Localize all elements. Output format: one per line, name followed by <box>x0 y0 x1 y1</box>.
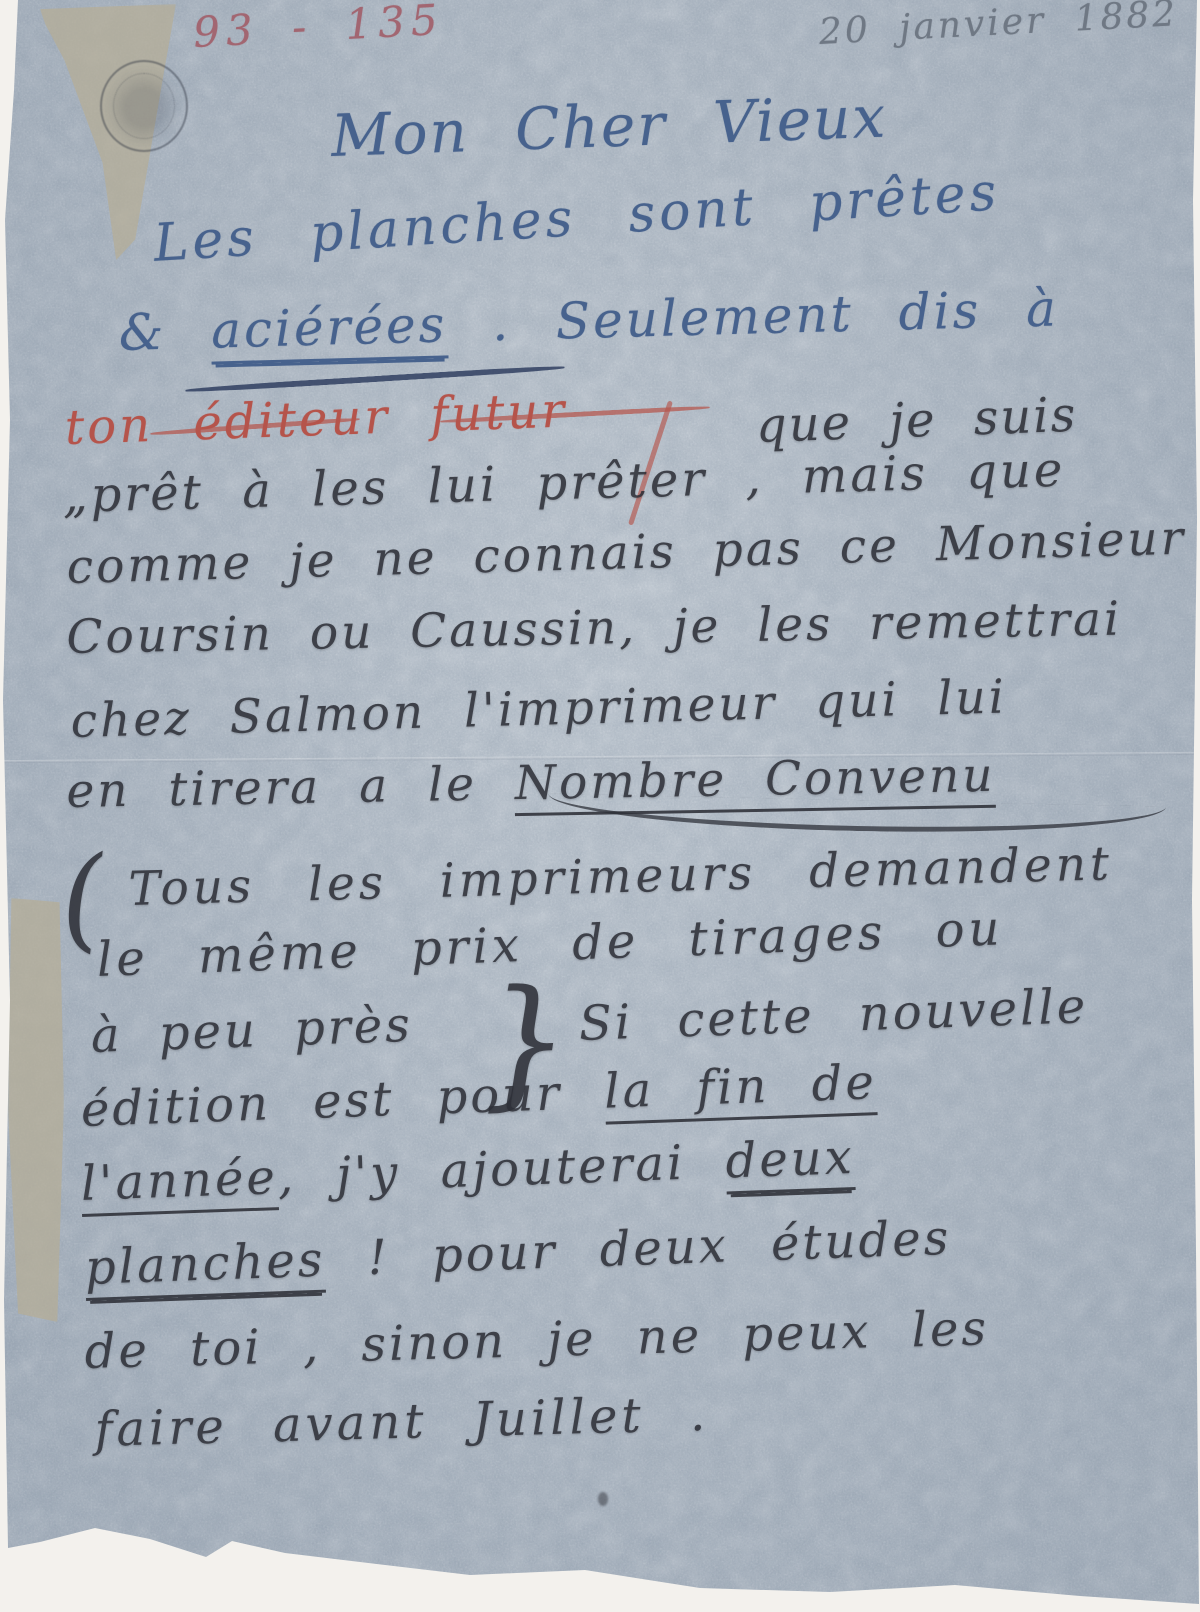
line-14-underlined-1: l'année <box>80 1149 279 1217</box>
line-15-underlined: planches <box>84 1232 326 1301</box>
line-13-underlined-phrase: la fin de <box>603 1054 878 1124</box>
tape-residue-left-edge <box>8 898 64 1322</box>
scanned-letter-page: 93 - 135 20 janvier 1882 Mon Cher Vieux … <box>0 0 1200 1612</box>
line-3-prefix: & <box>118 302 212 362</box>
line-3-underlined-word: aciérées <box>210 295 448 364</box>
collection-stamp-inner-ring <box>113 73 175 139</box>
pencil-smudge-bottom <box>199 1561 266 1582</box>
letter-paper: 93 - 135 20 janvier 1882 Mon Cher Vieux … <box>0 0 1200 1612</box>
letter-line-12-pre: à peu près <box>90 997 414 1064</box>
line-9-prefix: en tirera a le <box>66 756 515 819</box>
ink-speck <box>598 1492 608 1506</box>
collection-stamp-icon <box>100 60 188 152</box>
line-14-underlined-2: deux <box>725 1129 856 1194</box>
